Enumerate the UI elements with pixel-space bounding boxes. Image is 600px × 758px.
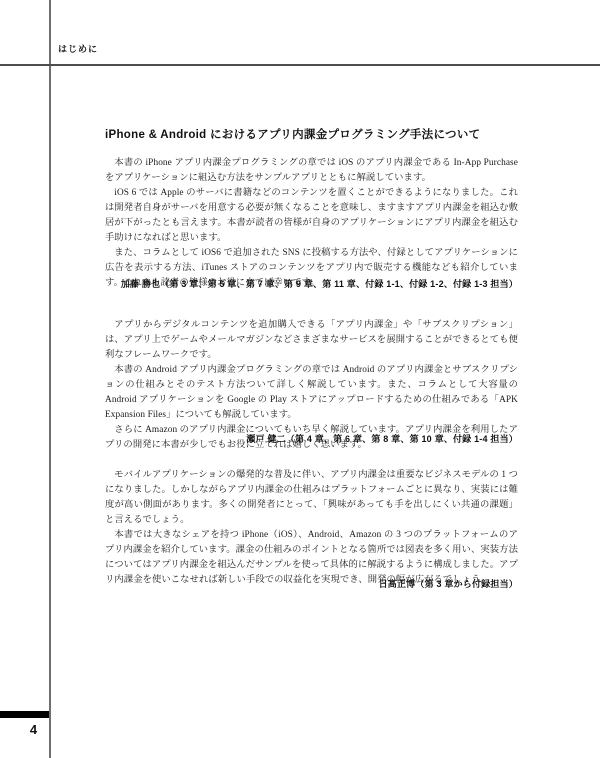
author-credit-seto: 瀬戸 健二（第 4 章、第 6 章、第 8 章、第 10 章、付録 1-4 担当… <box>105 432 518 445</box>
page-title: iPhone & Android におけるアプリ内課金プログラミング手法について <box>105 126 545 142</box>
book-page: はじめに iPhone & Android におけるアプリ内課金プログラミング手… <box>0 0 600 758</box>
author-credit-kato: 加藤 勝也（第 3 章、第 5 章、第 7 章、第 9 章、第 11 章、付録 … <box>105 277 518 290</box>
paragraph: アプリからデジタルコンテンツを追加購入できる「アプリ内課金」や「サブスクリプショ… <box>105 318 518 363</box>
paragraph: 本書の Android アプリ内課金プログラミングの章では Android のア… <box>105 363 518 423</box>
header-rule-horizontal <box>0 64 600 66</box>
margin-rule-vertical <box>49 0 51 758</box>
paragraph: 本書の iPhone アプリ内課金プログラミングの章では iOS のアプリ内課金… <box>105 156 518 186</box>
paragraph: モバイルアプリケーションの爆発的な普及に伴い、アプリ内課金は重要なビジネスモデル… <box>105 468 518 528</box>
footer-thumb-bar <box>0 711 49 718</box>
running-head: はじめに <box>58 42 98 55</box>
section-mobile-business-model: モバイルアプリケーションの爆発的な普及に伴い、アプリ内課金は重要なビジネスモデル… <box>105 468 518 588</box>
page-number: 4 <box>0 722 67 737</box>
section-ios-in-app-purchase: 本書の iPhone アプリ内課金プログラミングの章では iOS のアプリ内課金… <box>105 156 518 291</box>
author-credit-hidaka: 日高正博（第 3 章から付録担当） <box>105 577 518 590</box>
paragraph: iOS 6 では Apple のサーバに書籍などのコンテンツを置くことができるよ… <box>105 186 518 246</box>
